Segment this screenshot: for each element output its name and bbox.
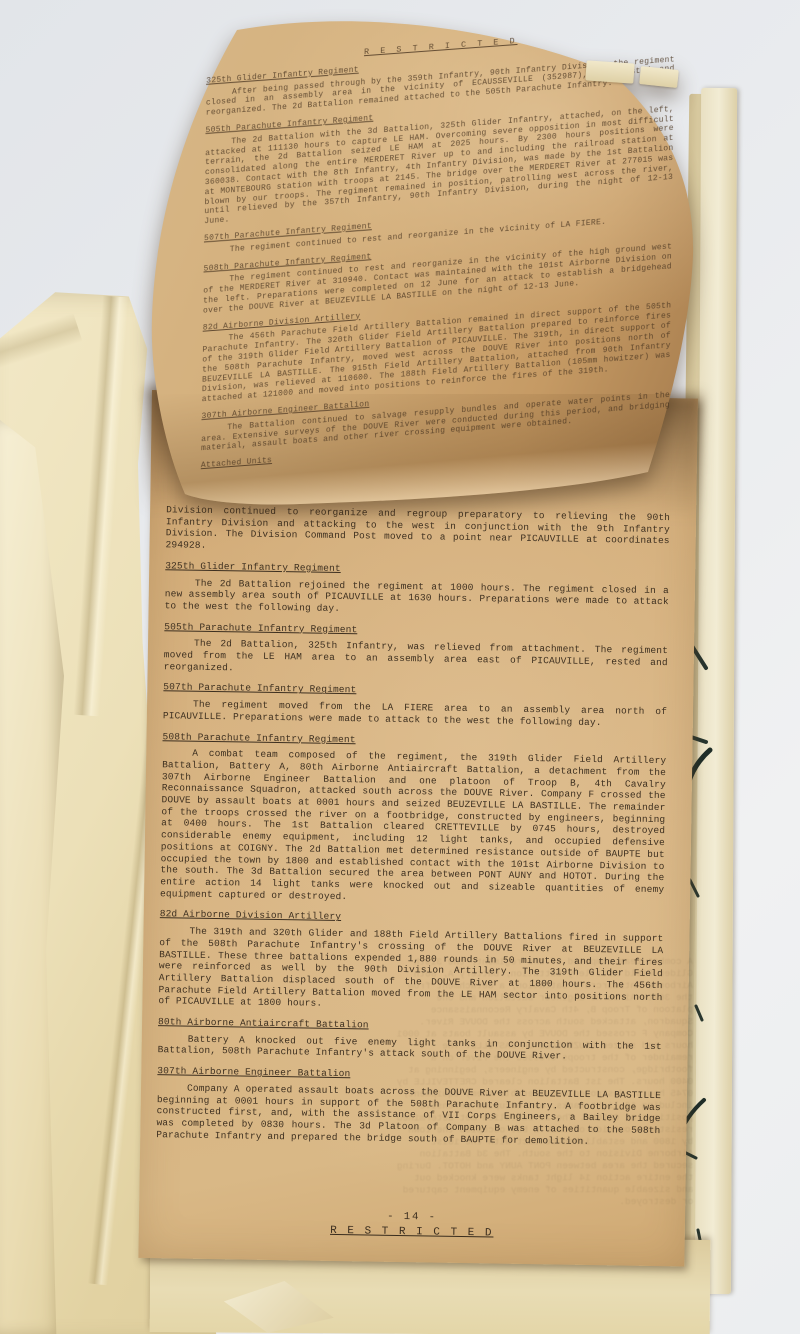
curled-page-text: R E S T R I C T E D 325th Glider Infantr… (200, 25, 675, 531)
section-body: The 319th and 320th Glider and 188th Fie… (158, 925, 663, 1015)
folded-corner (224, 1281, 334, 1334)
paper-tab (639, 66, 679, 88)
paper-crease (0, 313, 82, 369)
paper-tab (585, 60, 634, 83)
section-body: Company A operated assault boats across … (156, 1082, 661, 1148)
section-body: The 2d Battalion rejoined the regiment a… (165, 577, 669, 620)
section-heading-307th-engineer: 307th Airborne Engineer Battalion (157, 1065, 661, 1085)
section-body: Battery A knocked out five enemy light t… (158, 1033, 662, 1064)
section-body: The regiment moved from the LA FIERE are… (163, 698, 667, 729)
document-photo: A combat team composed of the regiment, … (0, 0, 800, 1334)
curled-page: R E S T R I C T E D 325th Glider Infantr… (140, 10, 706, 514)
section-heading-508th-parachute: 508th Parachute Infantry Regiment (162, 731, 666, 751)
section-heading-325th-glider: 325th Glider Infantry Regiment (165, 560, 669, 580)
paper-crease (73, 296, 128, 717)
page-14-text: Division continued to reorganize and reg… (155, 504, 671, 1252)
section-heading-80th-antiaircraft: 80th Airborne Antiaircraft Battalion (158, 1016, 662, 1036)
section-body: A combat team composed of the regiment, … (160, 747, 666, 907)
section-heading-505th-parachute: 505th Parachute Infantry Regiment (164, 621, 668, 641)
section-heading-division-artillery: 82d Airborne Division Artillery (160, 909, 664, 929)
section-body: The 2d Battalion, 325th Infantry, was re… (164, 638, 668, 681)
section-heading-507th-parachute: 507th Parachute Infantry Regiment (163, 682, 667, 702)
